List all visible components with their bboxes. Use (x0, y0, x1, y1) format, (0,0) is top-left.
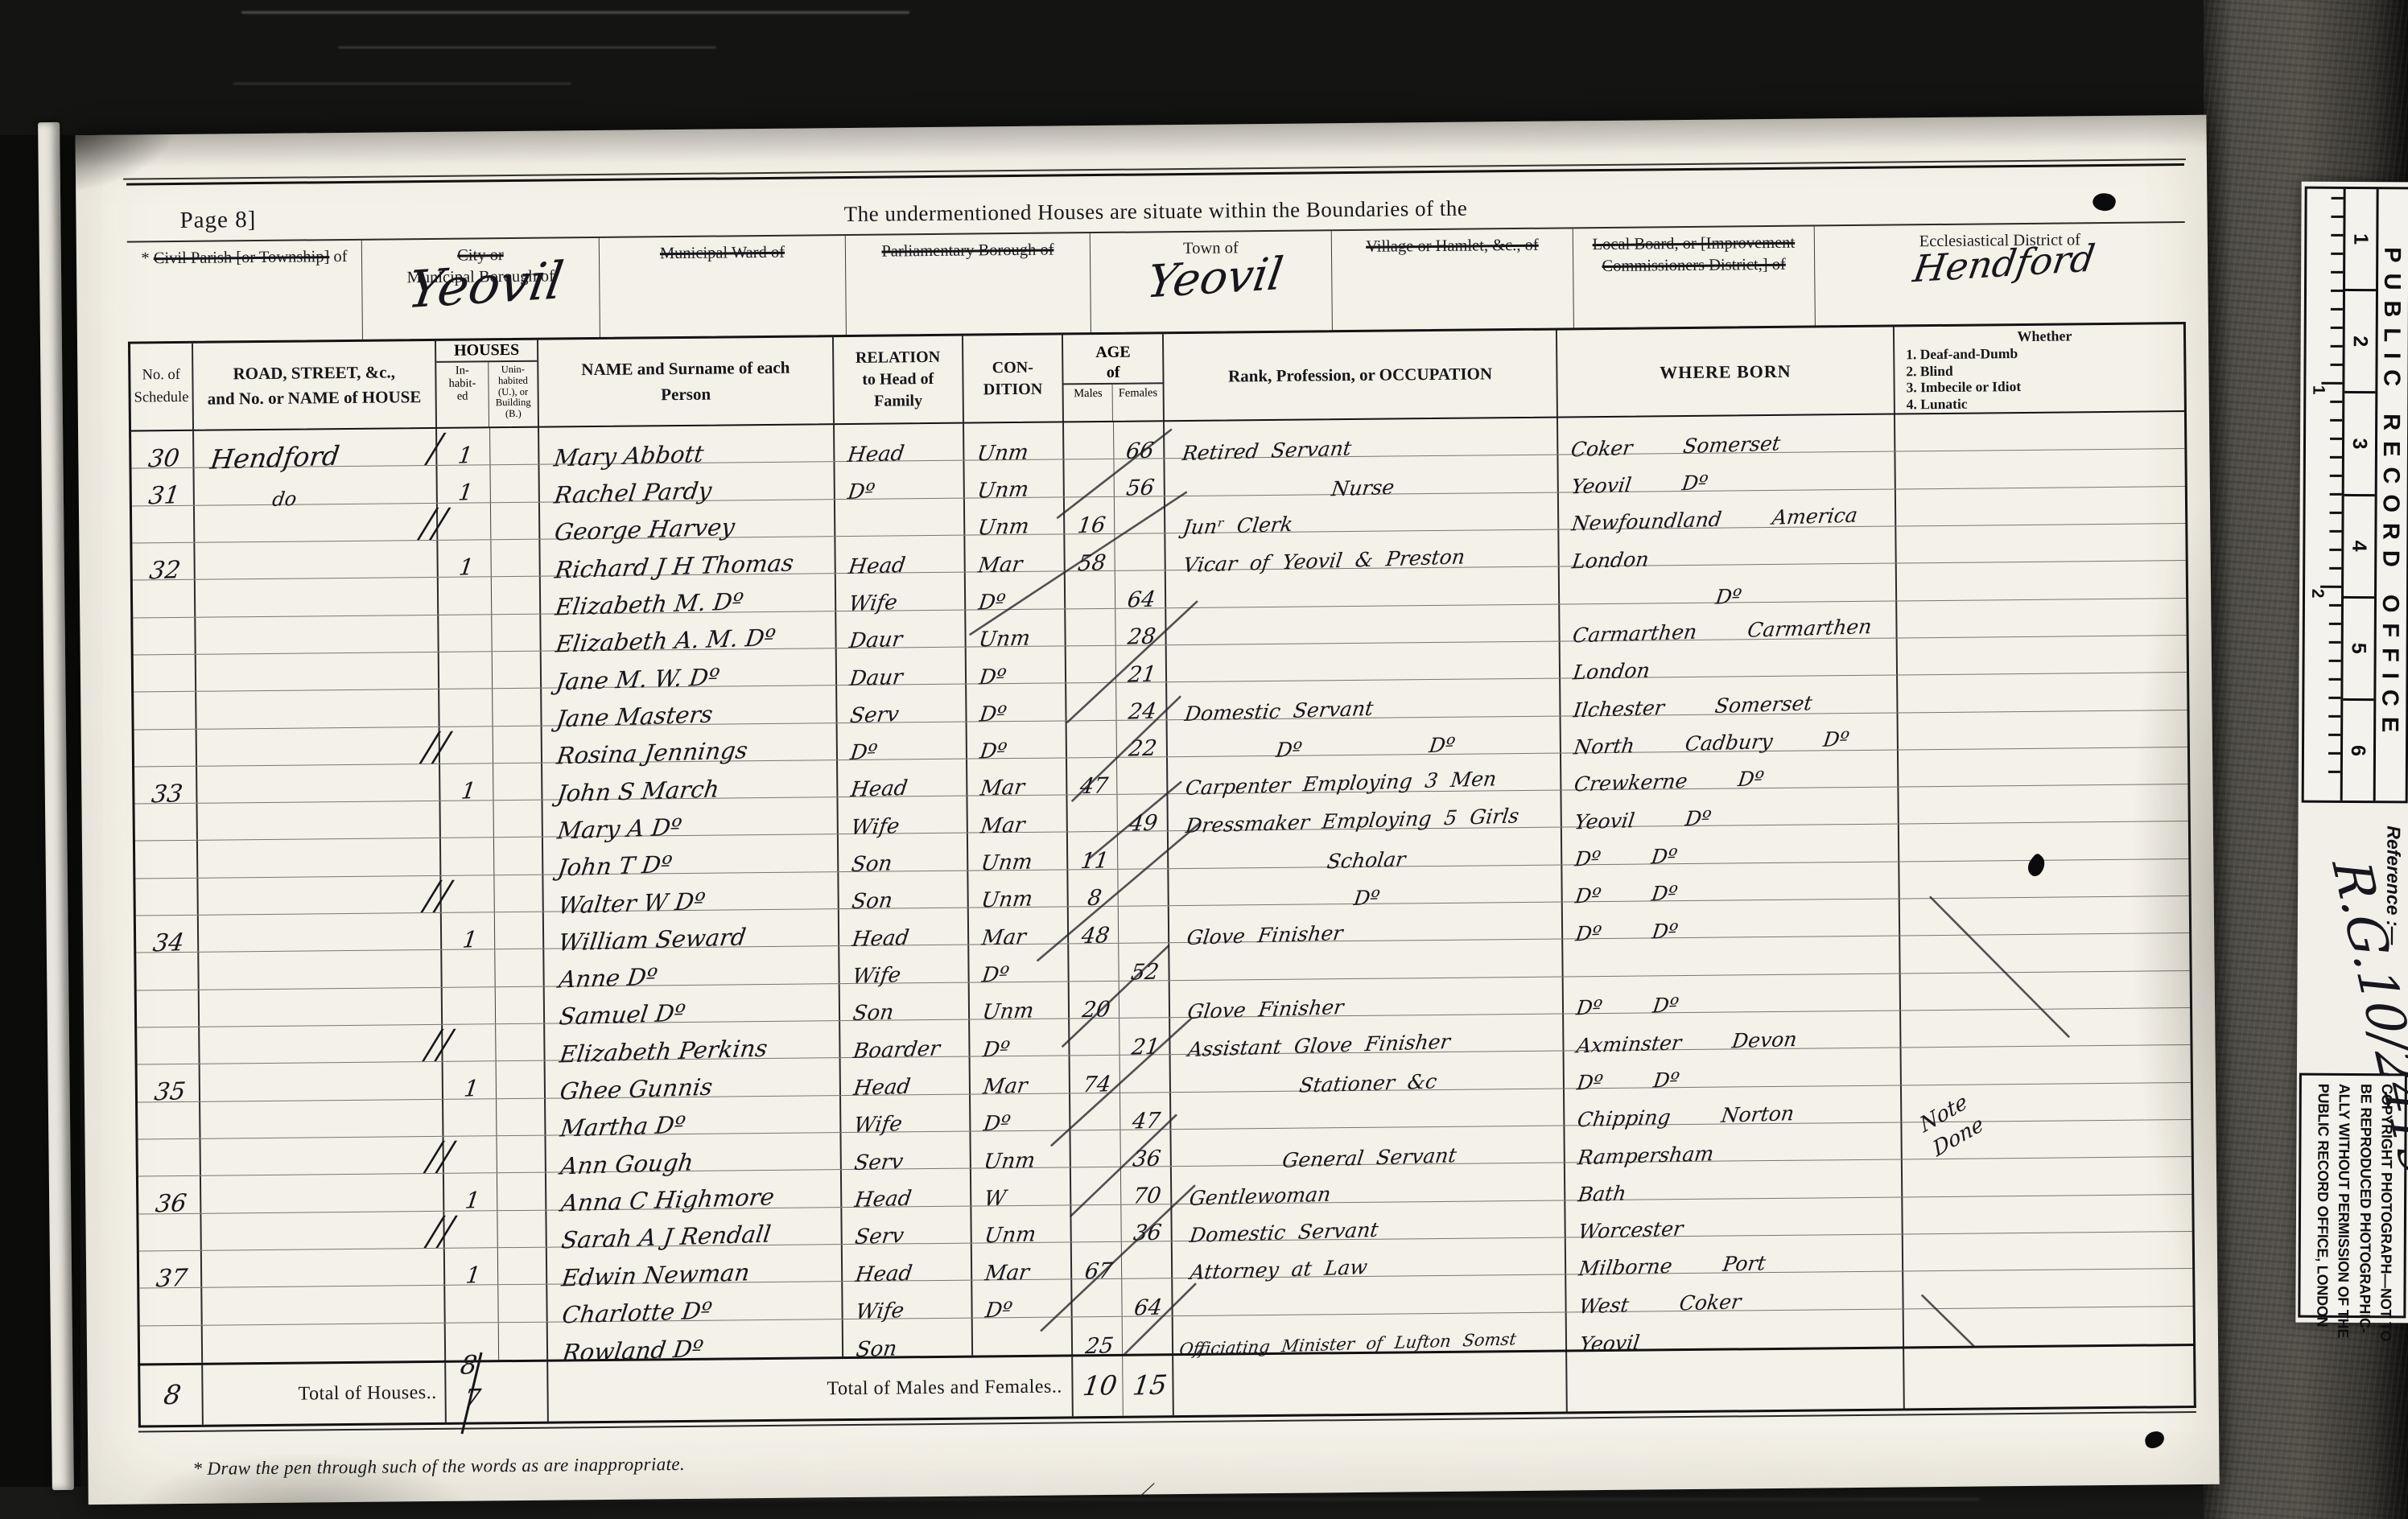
row-19-col-7 (1070, 1093, 1120, 1130)
scale-ruler: 12 (2307, 189, 2344, 801)
ruler-tick (2330, 456, 2342, 459)
birthplace-value: Yeovil (1578, 1333, 1641, 1354)
row-7-col-9 (1167, 641, 1561, 681)
person-name: Ghee Gunnis (559, 1076, 714, 1103)
condition-value: Mar (982, 1076, 1029, 1097)
totals-schedule: 8 (140, 1365, 204, 1426)
row-17-col-0 (137, 1027, 200, 1064)
ruler-tick (2328, 771, 2340, 773)
row-10-col-11 (1899, 747, 2188, 787)
age-female: 47 (1132, 1111, 1162, 1133)
row-11-col-8: 49 (1118, 794, 1169, 831)
row-12-col-3 (494, 838, 543, 875)
row-1-col-11 (1895, 412, 2185, 451)
handwritten-value: Hendford (1911, 241, 2097, 287)
row-10-col-3 (493, 763, 542, 800)
row-7-col-7 (1066, 646, 1116, 683)
condition-value: Mar (983, 1262, 1030, 1283)
birthplace-value: Crewkerne Dº (1573, 770, 1765, 795)
scale-cell: 5 (2343, 599, 2374, 701)
occupation-value: Stationer &c (1298, 1072, 1438, 1095)
row-21-col-2: 1 (444, 1173, 497, 1210)
row-15-col-2 (442, 950, 495, 987)
age-male: 25 (1084, 1336, 1115, 1357)
row-14-col-3 (495, 912, 544, 949)
schedule-number: 36 (154, 1192, 188, 1216)
row-17-col-11 (1901, 1008, 2191, 1048)
row-25-col-7: 25 (1073, 1316, 1123, 1354)
age-female: 36 (1132, 1148, 1162, 1170)
handwritten-value: Yeovil (1144, 253, 1286, 304)
row-2-col-3 (490, 465, 539, 502)
row-4-col-11 (1896, 524, 2186, 563)
boundary-field-value: Yeovil (362, 259, 600, 321)
row-11-col-6: Mar (967, 796, 1068, 834)
condition-value: Unm (983, 1225, 1037, 1247)
ruler-tick (2329, 660, 2341, 662)
ruler-tick (2331, 364, 2343, 366)
age-female: 22 (1128, 739, 1158, 760)
ruler-tick (2329, 641, 2341, 644)
row-7-col-11 (1897, 636, 2187, 675)
schedule-number: 32 (148, 559, 182, 583)
person-name: Edwin Newman (560, 1262, 751, 1290)
age-female: 64 (1133, 1297, 1164, 1319)
whether-item: 3. Imbecile or Idiot (1906, 378, 2021, 396)
relation-value: Wife (847, 593, 898, 615)
row-8-col-7 (1066, 683, 1116, 720)
row-19-col-0 (138, 1101, 200, 1138)
age-female: 49 (1128, 813, 1159, 834)
boundary-field-value: Yeovil (1091, 255, 1332, 309)
condition-value: Unm (976, 517, 1030, 539)
boundary-field-text: Village or Hamlet, &c., of (1366, 237, 1539, 256)
row-19-col-2 (443, 1099, 497, 1136)
col-where-born: WHERE BORN (1557, 327, 1895, 417)
road-name: do (271, 490, 298, 509)
ruler-tick (2331, 345, 2343, 348)
row-15-col-8: 52 (1119, 944, 1169, 981)
relation-value: Head (852, 1077, 912, 1099)
row-6-col-3 (492, 614, 541, 651)
row-23-col-8 (1122, 1241, 1173, 1278)
row-16-col-3 (496, 986, 545, 1023)
row-3-col-8 (1115, 496, 1165, 533)
col-houses: HOUSES In- habit- ed Unin- habited (U.),… (436, 340, 539, 427)
ruler-tick (2320, 586, 2341, 588)
ruler-tick (2321, 382, 2342, 385)
row-8-col-1 (196, 690, 440, 728)
row-18-col-3 (497, 1061, 546, 1098)
row-21-col-11 (1903, 1157, 2192, 1196)
boundary-field: Town ofYeovil (1091, 231, 1333, 332)
ruler-number: 1 (2308, 385, 2328, 395)
film-scratch (338, 47, 716, 48)
condition-value: W (983, 1188, 1007, 1209)
ink-blot (2144, 1430, 2166, 1449)
row-14-col-0: 34 (136, 916, 199, 953)
row-15-col-1 (199, 950, 443, 989)
row-13-col-7: 8 (1069, 870, 1119, 907)
row-4-col-1 (195, 541, 439, 579)
row-6-col-8: 28 (1115, 608, 1166, 645)
relation-value: Son (855, 1340, 898, 1361)
occupation-value: Attorney at Law (1189, 1258, 1368, 1282)
row-8-col-9: Domestic Servant (1167, 679, 1561, 719)
occupation-value: Nurse (1330, 478, 1396, 499)
birthplace-value: Dº Dº (1573, 846, 1678, 869)
row-6-col-0 (133, 617, 196, 654)
person-name: Mary Abbott (552, 443, 704, 470)
row-24-col-11 (1903, 1269, 2193, 1308)
boundary-field-text: Commissioners District,] of (1602, 255, 1786, 274)
ruler-tick (2331, 271, 2343, 274)
occupation-value: Retired Servant (1181, 438, 1352, 463)
row-10-col-1 (197, 764, 441, 803)
row-25-col-0 (140, 1325, 203, 1363)
boundary-field: * Civil Parish [or Township] of (127, 241, 363, 342)
row-15-col-11 (1900, 933, 2190, 973)
road-name: Hendford (208, 443, 340, 472)
col-whether: Whether 1. Deaf-and-Dumb2. Blind3. Imbec… (1895, 324, 2184, 413)
totals-persons-label: Total of Males and Females.. (548, 1356, 1074, 1421)
condition-value: Dº (982, 1114, 1011, 1135)
col-uninhabited: Unin- habited (U.), or Building (B.) (489, 362, 538, 427)
relation-value: Son (851, 1003, 895, 1024)
condition-value: Dº (978, 667, 1007, 688)
relation-value: Dº (849, 743, 878, 764)
age-male: 8 (1086, 888, 1103, 909)
row-6-col-7 (1066, 608, 1115, 645)
footnote: * Draw the pen through such of the words… (192, 1454, 685, 1480)
row-7-col-0 (134, 655, 196, 692)
row-9-col-1 (196, 727, 440, 765)
row-20-col-0 (138, 1139, 200, 1176)
condition-value: Unm (979, 853, 1033, 875)
row-17-col-3 (496, 1024, 545, 1061)
totals-occupation-empty (1173, 1352, 1568, 1415)
row-5-col-8: 64 (1115, 570, 1166, 607)
row-10-col-2: 1 (440, 764, 493, 801)
row-7-col-2 (439, 652, 493, 689)
row-12-col-1 (198, 838, 442, 877)
boundary-field-label: * Civil Parish [or Township] of (127, 246, 361, 270)
row-5-col-7 (1066, 571, 1115, 608)
boundary-field-text: Local Board, or [Improvement (1592, 234, 1795, 253)
row-16-col-2 (443, 987, 496, 1024)
boundary-field: City orMunicipal Borough ofYeovil (362, 238, 600, 340)
birthplace-value: Rampersham (1577, 1144, 1715, 1167)
row-14-col-2: 1 (442, 912, 495, 949)
schedule-number: 34 (151, 932, 185, 956)
col-occupation: Rank, Profession, or OCCUPATION (1164, 331, 1558, 421)
row-9-col-7 (1067, 720, 1117, 757)
row-18-col-8 (1120, 1055, 1171, 1092)
birthplace-value: Worcester (1577, 1219, 1684, 1241)
row-16-col-11 (1900, 971, 2190, 1011)
row-1-col-5: Head (835, 424, 964, 462)
person-name: William Seward (557, 926, 747, 954)
condition-value: Dº (980, 965, 1009, 986)
boundary-field-text: Municipal Ward of (660, 244, 785, 262)
row-4-col-7: 58 (1066, 534, 1115, 571)
row-11-col-0 (134, 804, 197, 841)
row-11-col-1 (197, 801, 441, 840)
ruler-tick (2330, 419, 2342, 422)
row-13-col-0 (135, 879, 198, 916)
row-1-col-8: 66 (1114, 422, 1165, 459)
row-9-col-11 (1898, 710, 2187, 750)
row-22-col-11 (1903, 1195, 2192, 1234)
relation-value: Son (851, 891, 894, 912)
row-23-col-3 (498, 1248, 547, 1285)
col-relation: RELATION to Head of Family (834, 336, 964, 424)
relation-value: Head (853, 1189, 913, 1211)
ruler-number: 2 (2307, 589, 2327, 599)
row-24-col-7 (1072, 1279, 1122, 1316)
ruler-tick (2328, 678, 2340, 681)
row-17-col-6: Dº (970, 1019, 1070, 1056)
row-10-col-8 (1117, 757, 1168, 794)
row-17-col-8: 21 (1119, 1018, 1170, 1055)
row-3-col-0 (132, 505, 195, 542)
age-male: 20 (1081, 1000, 1111, 1022)
condition-value: Mar (980, 927, 1027, 948)
row-24-col-3 (498, 1285, 547, 1322)
row-4-col-0: 32 (132, 543, 195, 580)
birthplace-value: Dº Dº (1574, 884, 1679, 907)
relation-value: Daur (848, 630, 904, 652)
table-body: Note Done 30Hendford1Mary AbbottHeadUnm6… (129, 412, 2196, 1363)
row-8-col-0 (134, 692, 196, 729)
ruler-tick (2331, 327, 2343, 329)
row-12-col-8 (1118, 832, 1169, 869)
birthplace-value: Dº (1715, 587, 1743, 607)
row-23-col-1 (202, 1249, 446, 1287)
row-11-col-2 (441, 801, 494, 838)
birthplace-value: West Coker (1578, 1292, 1742, 1316)
person-name: George Harvey (553, 517, 736, 544)
age-female: 70 (1132, 1185, 1163, 1207)
age-male: 58 (1076, 553, 1107, 574)
ruler-tick (2330, 475, 2342, 477)
condition-value: Mar (976, 554, 1023, 575)
ruler-tick (2330, 512, 2342, 514)
row-19-col-8: 47 (1120, 1093, 1171, 1130)
ruler-tick (2328, 715, 2340, 718)
relation-value: Daur (848, 667, 904, 689)
row-25-col-8 (1123, 1316, 1173, 1354)
row-15-col-7 (1069, 944, 1119, 981)
row-21-col-8: 70 (1121, 1167, 1172, 1204)
condition-value: Dº (981, 1039, 1010, 1060)
test-scale: PUBLIC RECORD OFFICE 123456 12 (2302, 187, 2408, 804)
row-9-col-8: 22 (1117, 720, 1168, 757)
ruler-tick (2329, 530, 2341, 533)
person-name: Rachel Pardy (553, 480, 713, 508)
age-female: 52 (1130, 962, 1161, 984)
row-23-col-0: 37 (139, 1251, 202, 1288)
row-2-col-2: 1 (438, 466, 491, 503)
person-name: Mary A Dº (556, 817, 682, 842)
age-female: 24 (1128, 701, 1158, 722)
row-9-col-3 (493, 726, 542, 763)
birthplace-value: Dº Dº (1575, 996, 1680, 1019)
row-18-col-2: 1 (443, 1062, 497, 1099)
row-24-col-1 (202, 1286, 446, 1324)
row-20-col-9: General Servant (1171, 1126, 1565, 1166)
age-male: 74 (1082, 1074, 1112, 1096)
occupation-value: General Servant (1281, 1146, 1458, 1170)
condition-value: Unm (977, 629, 1031, 651)
row-22-col-1 (201, 1211, 445, 1249)
birthplace-value: Yeovil Dº (1573, 809, 1713, 832)
row-4-col-5: Head (835, 536, 965, 574)
row-21-col-7 (1071, 1167, 1121, 1204)
ruler-tick (2331, 290, 2343, 292)
row-4-col-3 (491, 540, 540, 577)
row-13-col-8 (1118, 869, 1169, 906)
row-8-col-2 (439, 689, 493, 726)
film-edge-top (0, 0, 2408, 135)
row-13-col-1 (198, 876, 442, 915)
boundary-field-label: Parliamentary Borough of (846, 239, 1090, 263)
row-1-col-0: 30 (131, 431, 194, 468)
schedule-number: 33 (150, 783, 183, 807)
row-22-col-7 (1072, 1204, 1122, 1241)
handwritten-value: Yeovil (405, 257, 567, 315)
row-18-col-1 (200, 1062, 443, 1101)
person-name: Rowland Dº (561, 1338, 704, 1365)
boundary-field: Parliamentary Borough of (846, 233, 1091, 335)
relation-value: Head (847, 555, 907, 577)
condition-value: Mar (979, 778, 1025, 799)
ruler-tick (2331, 216, 2343, 218)
row-22-col-3 (497, 1210, 546, 1247)
row-12-col-7: 11 (1068, 832, 1118, 869)
row-22-col-8: 36 (1121, 1204, 1172, 1241)
age-female: 28 (1127, 627, 1157, 648)
condition-value: Mar (979, 816, 1025, 837)
age-male: 67 (1083, 1261, 1114, 1282)
totals-whether-empty (1904, 1346, 2194, 1408)
row-5-col-0 (133, 580, 196, 617)
whether-title: Whether (1906, 327, 2183, 346)
totals-females: 15 (1123, 1356, 1174, 1416)
row-3-col-7: 16 (1065, 496, 1115, 533)
row-21-col-3 (497, 1173, 546, 1210)
row-25-col-9: Officiating Minister of Lufton Somst (1173, 1312, 1567, 1353)
person-name: Samuel Dº (558, 1002, 687, 1028)
copyright-line: BE REPRODUCED PHOTOGRAPHIC- (2354, 1084, 2377, 1306)
age-male: 11 (1079, 850, 1110, 872)
scale-cell: 3 (2344, 393, 2376, 496)
person-name: Jane Masters (555, 704, 713, 731)
condition-value: Dº (983, 1300, 1012, 1321)
inhabited-mark: 1 (457, 482, 474, 504)
inhabited-mark: 1 (456, 445, 473, 467)
row-1-col-1: Hendford (194, 429, 438, 467)
person-name: Rosina Jennings (555, 740, 748, 768)
boundary-field-text: Civil Parish [or Township] (154, 248, 330, 267)
row-18-col-11 (1901, 1045, 2191, 1085)
row-2-col-7 (1065, 459, 1115, 496)
row-14-col-8 (1119, 906, 1169, 943)
row-3-col-11 (1896, 487, 2186, 526)
row-24-col-2 (445, 1285, 498, 1322)
birthplace-value: Coker Somerset (1569, 434, 1781, 459)
col-name: NAME and Surname of each Person (538, 337, 835, 426)
ruler-tick (2328, 697, 2340, 699)
boundary-field: Village or Hamlet, &c., of (1332, 228, 1574, 330)
relation-value: Wife (850, 817, 901, 838)
label-strip: PUBLIC RECORD OFFICE 123456 12 Reference… (2295, 182, 2408, 1323)
row-8-col-3 (493, 689, 542, 726)
row-4-col-8 (1115, 533, 1165, 570)
row-12-col-11 (1899, 821, 2189, 861)
row-7-col-8: 21 (1116, 645, 1167, 682)
boundary-field: Local Board, or [ImprovementCommissioner… (1573, 226, 1816, 327)
row-23-col-11 (1903, 1232, 2193, 1271)
occupation-value: Glove Finisher (1185, 924, 1344, 948)
row-1-col-7 (1064, 422, 1114, 459)
row-17-col-1 (200, 1025, 443, 1064)
person-name: Ann Gough (559, 1151, 695, 1178)
row-13-col-3 (494, 875, 543, 912)
label-heading: PUBLIC RECORD OFFICE (2373, 189, 2408, 801)
boundary-field: Municipal Ward of (600, 236, 847, 337)
ruler-tick (2332, 197, 2344, 200)
row-2-col-0: 31 (131, 468, 194, 505)
person-name: Charlotte Dº (561, 1300, 713, 1327)
birthplace-value: Axminster Devon (1575, 1030, 1797, 1056)
row-20-col-7 (1071, 1130, 1121, 1167)
totals-houses-label: Total of Houses.. (203, 1363, 447, 1425)
condition-value: Dº (978, 704, 1007, 725)
ruler-tick (2329, 604, 2341, 607)
row-12-col-2 (441, 838, 494, 875)
houses-title: HOUSES (436, 340, 537, 363)
row-16-col-10: Dº Dº (1563, 974, 1900, 1013)
row-5-col-2 (439, 578, 492, 615)
inhabited-mark: 1 (461, 929, 478, 951)
row-19-col-3 (497, 1098, 546, 1135)
col-females: Females (1113, 384, 1163, 421)
row-11-col-3 (493, 801, 542, 838)
person-name: Elizabeth M. Dº (554, 591, 744, 619)
row-6-col-11 (1897, 599, 2187, 638)
row-18-col-7: 74 (1070, 1056, 1120, 1093)
person-name: John T Dº (556, 854, 673, 879)
schedule-number: 35 (153, 1081, 187, 1105)
row-25-col-1 (203, 1323, 447, 1362)
schedule-number: 37 (155, 1267, 188, 1291)
row-24-col-0 (139, 1288, 202, 1325)
row-8-col-11 (1898, 673, 2187, 712)
relation-value: Serv (849, 705, 901, 727)
age-title: AGE of (1063, 334, 1163, 385)
relation-value: Wife (855, 1301, 905, 1323)
birthplace-value: Dº Dº (1574, 921, 1679, 944)
age-female: 64 (1127, 590, 1157, 611)
scale-cell: 6 (2343, 701, 2374, 801)
boundary-fields-row: * Civil Parish [or Township] ofCity orMu… (127, 221, 2186, 342)
person-name: Jane M. W. Dº (555, 666, 720, 694)
row-24-col-8: 64 (1122, 1278, 1173, 1315)
col-age: AGE of Males Females (1063, 334, 1165, 421)
col-inhabited: In- habit- ed (436, 362, 489, 427)
relation-value: Head (849, 779, 909, 801)
